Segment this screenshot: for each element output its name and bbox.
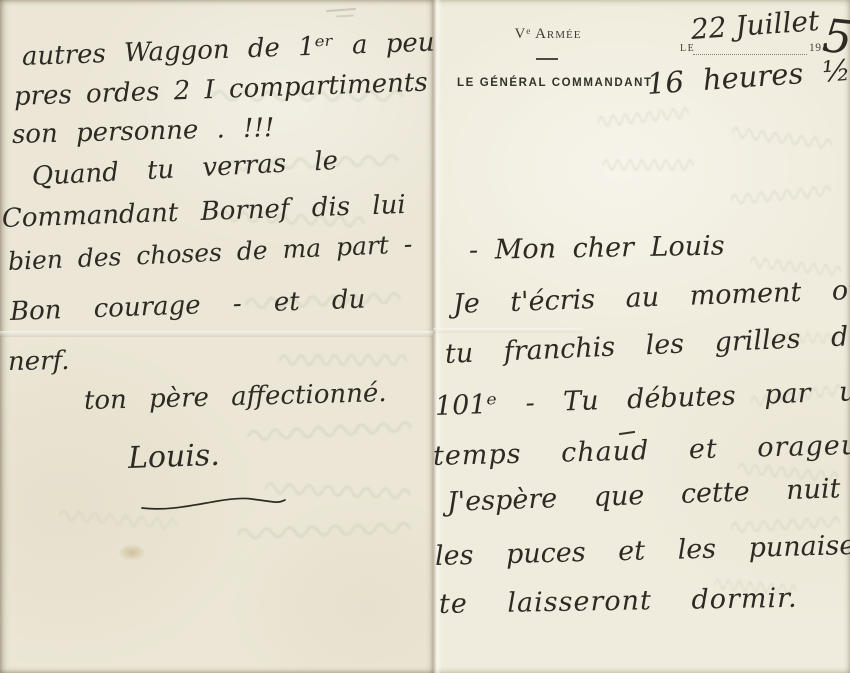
emphasis-dash [619, 431, 635, 435]
handwritten-line: Je t'écris au moment où [453, 277, 850, 318]
handwritten-line: 101ᵉ - Tu débutes par un [435, 378, 850, 420]
salutation: - Mon cher Louis [469, 233, 725, 264]
bleedthrough-squiggle [238, 523, 409, 538]
bleedthrough-squiggle [732, 127, 831, 149]
fold-crease [433, 328, 583, 333]
handwritten-line: autres Waggon de 1ᵉʳ a peu [22, 30, 435, 70]
handwritten-line: pres ordes 2 I compartiments [14, 70, 429, 110]
bleedthrough-squiggle [731, 186, 830, 204]
bleedthrough-squiggle [598, 108, 688, 126]
handwritten-line: bien des choses de ma part - [7, 231, 412, 274]
bleedthrough-squiggle [248, 422, 410, 440]
paper-stain [118, 544, 146, 561]
right-page: Vᵉ Armée LE GÉNÉRAL COMMANDANT LE 191 22… [433, 0, 850, 673]
bleedthrough-squiggle [751, 257, 841, 275]
handwritten-line: Commandant Bornef dis lui [2, 192, 407, 232]
handwritten-line: ton père affectionné. [84, 380, 387, 414]
handwritten-line: Quand tu verras le [31, 148, 338, 190]
letterhead-army-corps: Vᵉ Armée [433, 26, 663, 43]
handwritten-line: son personne . !!! [12, 115, 275, 148]
fold-crease [0, 331, 433, 337]
letterhead-rule [536, 58, 558, 60]
letterhead-commander-title: LE GÉNÉRAL COMMANDANT [457, 77, 653, 89]
left-page: autres Waggon de 1ᵉʳ a peu pres ordes 2 … [0, 0, 433, 673]
handwritten-line: te laisseront dormir. [439, 585, 798, 618]
bleedthrough-squiggle [280, 356, 406, 365]
handwritten-line: tu franchis les grilles du [444, 323, 850, 368]
signature: Louis. [127, 441, 220, 474]
bleedthrough-squiggle [603, 161, 693, 170]
handwritten-line: les puces et les punaises [435, 532, 850, 570]
signature-flourish [140, 492, 288, 516]
pencil-smudge [326, 8, 356, 12]
pencil-smudge [336, 14, 354, 17]
letter-scan: autres Waggon de 1ᵉʳ a peu pres ordes 2 … [0, 0, 850, 673]
handwritten-time: 16 heures ½ [646, 56, 850, 99]
handwritten-line: Bon courage - et du [10, 287, 366, 325]
handwritten-line: nerf. [8, 348, 70, 375]
handwritten-line: temps chaud et orageux. [433, 431, 850, 470]
handwritten-line: J'espère que cette nuit [447, 475, 841, 516]
